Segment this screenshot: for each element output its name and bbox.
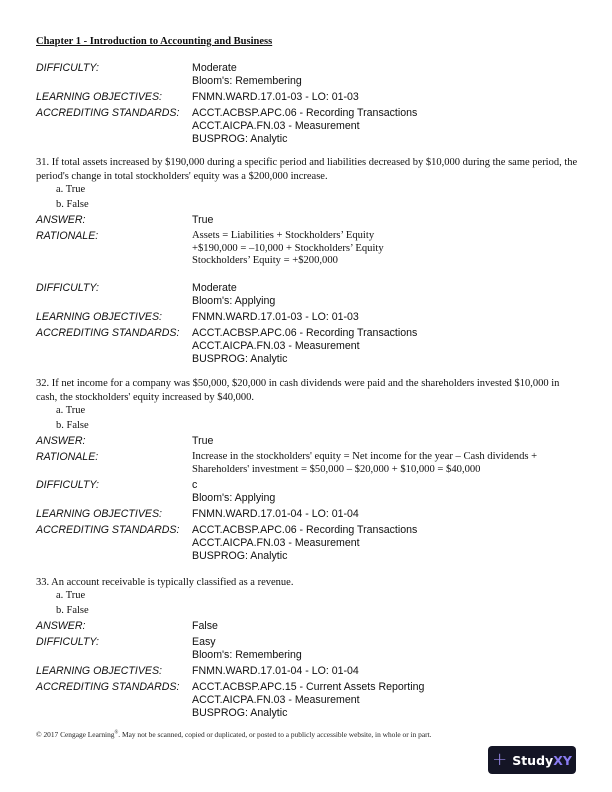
standard-value: ACCT.ACBSP.APC.06 - Recording Transactio… [192,524,417,537]
rationale-line: +$190,000 = –10,000 + Stockholders’ Equi… [192,243,384,256]
learning-objectives-value: FNMN.WARD.17.01-04 - LO: 01-04 [192,665,359,678]
difficulty-label: DIFFICULTY: [36,282,192,308]
standard-value: ACCT.AICPA.FN.03 - Measurement [192,340,417,353]
accrediting-standards-row: ACCREDITING STANDARDS: ACCT.ACBSP.APC.06… [36,107,417,146]
chapter-title: Chapter 1 - Introduction to Accounting a… [36,36,272,47]
rationale-line: Assets = Liabilities + Stockholders’ Equ… [192,230,384,243]
option-true: a. True [56,590,85,601]
blooms-value: Bloom's: Remembering [192,649,302,662]
blooms-value: Bloom's: Applying [192,492,275,505]
header-meta: DIFFICULTY: Moderate Bloom's: Rememberin… [36,62,417,149]
option-true: a. True [56,405,85,416]
difficulty-label: DIFFICULTY: [36,636,192,662]
difficulty-value: c [192,479,275,492]
standard-value: ACCT.ACBSP.APC.06 - Recording Transactio… [192,327,417,340]
accrediting-standards-label: ACCREDITING STANDARDS: [36,524,192,563]
difficulty-value: Moderate [192,62,302,75]
difficulty-row: DIFFICULTY: Moderate Bloom's: Rememberin… [36,62,417,88]
difficulty-value: Easy [192,636,302,649]
brand-accent: XY [553,753,572,768]
question-31-meta: ANSWER: True RATIONALE: Assets = Liabili… [36,214,417,369]
brand-main: Study [512,753,553,768]
question-33-text: 33. An account receivable is typically c… [36,576,580,590]
rationale-line: Stockholders’ Equity = +$200,000 [192,255,384,268]
studyxy-badge[interactable]: + StudyXY [488,746,576,774]
answer-value: False [192,620,218,633]
answer-label: ANSWER: [36,620,192,633]
standard-value: ACCT.AICPA.FN.03 - Measurement [192,537,417,550]
learning-objectives-label: LEARNING OBJECTIVES: [36,665,192,678]
standard-value: BUSPROG: Analytic [192,550,417,563]
copyright-prefix: © 2017 Cengage Learning [36,730,114,739]
copyright-footer: © 2017 Cengage Learning®. May not be sca… [36,730,432,739]
brand-name: StudyXY [512,753,572,768]
standard-value: BUSPROG: Analytic [192,707,424,720]
answer-label: ANSWER: [36,435,192,448]
difficulty-label: DIFFICULTY: [36,479,192,505]
learning-objectives-value: FNMN.WARD.17.01-04 - LO: 01-04 [192,508,359,521]
standard-value: ACCT.AICPA.FN.03 - Measurement [192,694,424,707]
accrediting-standards-label: ACCREDITING STANDARDS: [36,107,192,146]
difficulty-value: Moderate [192,282,275,295]
standard-value: BUSPROG: Analytic [192,133,417,146]
learning-objectives-row: LEARNING OBJECTIVES: FNMN.WARD.17.01-03 … [36,91,417,104]
accrediting-standards-label: ACCREDITING STANDARDS: [36,327,192,366]
answer-label: ANSWER: [36,214,192,227]
difficulty-label: DIFFICULTY: [36,62,192,88]
rationale-line: Shareholders' investment = $50,000 – $20… [192,464,537,477]
answer-value: True [192,435,213,448]
blooms-value: Bloom's: Remembering [192,75,302,88]
learning-objectives-label: LEARNING OBJECTIVES: [36,91,192,104]
standard-value: BUSPROG: Analytic [192,353,417,366]
question-33-meta: ANSWER: False DIFFICULTY: Easy Bloom's: … [36,620,424,723]
answer-value: True [192,214,213,227]
question-32-meta: ANSWER: True RATIONALE: Increase in the … [36,435,537,566]
rationale-line: Increase in the stockholders' equity = N… [192,451,537,464]
copyright-suffix: . May not be scanned, copied or duplicat… [118,730,431,739]
learning-objectives-label: LEARNING OBJECTIVES: [36,311,192,324]
plus-icon: + [492,751,507,769]
document-page: Chapter 1 - Introduction to Accounting a… [0,0,612,792]
rationale-label: RATIONALE: [36,230,192,268]
learning-objectives-label: LEARNING OBJECTIVES: [36,508,192,521]
standard-value: ACCT.AICPA.FN.03 - Measurement [192,120,417,133]
blooms-value: Bloom's: Applying [192,295,275,308]
standard-value: ACCT.ACBSP.APC.06 - Recording Transactio… [192,107,417,120]
rationale-label: RATIONALE: [36,451,192,476]
question-31-text: 31. If total assets increased by $190,00… [36,156,580,183]
question-32-text: 32. If net income for a company was $50,… [36,377,580,404]
learning-objectives-value: FNMN.WARD.17.01-03 - LO: 01-03 [192,91,359,104]
learning-objectives-value: FNMN.WARD.17.01-03 - LO: 01-03 [192,311,359,324]
option-false: b. False [56,199,89,210]
standard-value: ACCT.ACBSP.APC.15 - Current Assets Repor… [192,681,424,694]
option-true: a. True [56,184,85,195]
option-false: b. False [56,420,89,431]
option-false: b. False [56,605,89,616]
accrediting-standards-label: ACCREDITING STANDARDS: [36,681,192,720]
